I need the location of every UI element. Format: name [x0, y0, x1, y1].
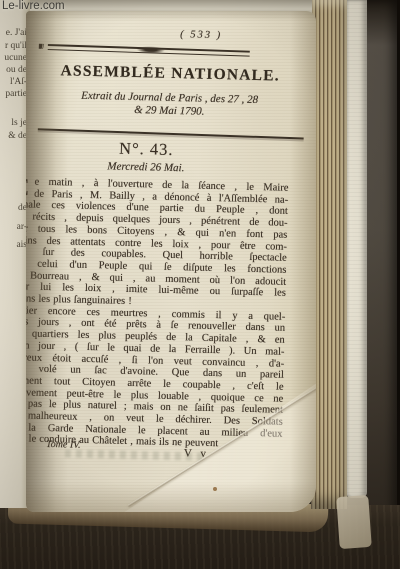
facing-page-fragment: l'Aſ-: [10, 77, 27, 87]
facing-page-fragment: ucune: [4, 53, 27, 63]
book-photograph: e. J'ai r qu'il ucune ou de l'Aſ- partie…: [0, 0, 400, 569]
journal-page: ( 533 ) ASSEMBLÉE NATIONALE. Extrait du …: [26, 11, 316, 512]
page-edge-shading-bottom: [26, 482, 316, 512]
page-number: ( 533 ): [56, 26, 316, 44]
page-block-edge: [346, 0, 367, 498]
page-edge-shading-top: [26, 11, 316, 21]
page-edge-shading-right: [290, 11, 316, 512]
lelivre-watermark: Le-livre.com: [2, 0, 65, 12]
ink-bleed-through: [65, 449, 203, 460]
fore-edge-pages: [311, 0, 347, 509]
facing-page-fragment: partie: [5, 89, 27, 99]
facing-page-fragment: ou de: [6, 65, 27, 75]
facing-page-fragment: & de: [8, 131, 27, 141]
article-heading: ASSEMBLÉE NATIONALE.: [26, 61, 315, 86]
gutter-shadow: [26, 11, 68, 512]
facing-page-fragment: e. J'ai: [6, 28, 27, 38]
double-rule: [48, 44, 250, 57]
facing-page-fragment: r qu'il: [5, 41, 27, 51]
facing-page-fragment: ls je: [11, 118, 27, 128]
cover-turn-in-corner: [336, 495, 372, 549]
